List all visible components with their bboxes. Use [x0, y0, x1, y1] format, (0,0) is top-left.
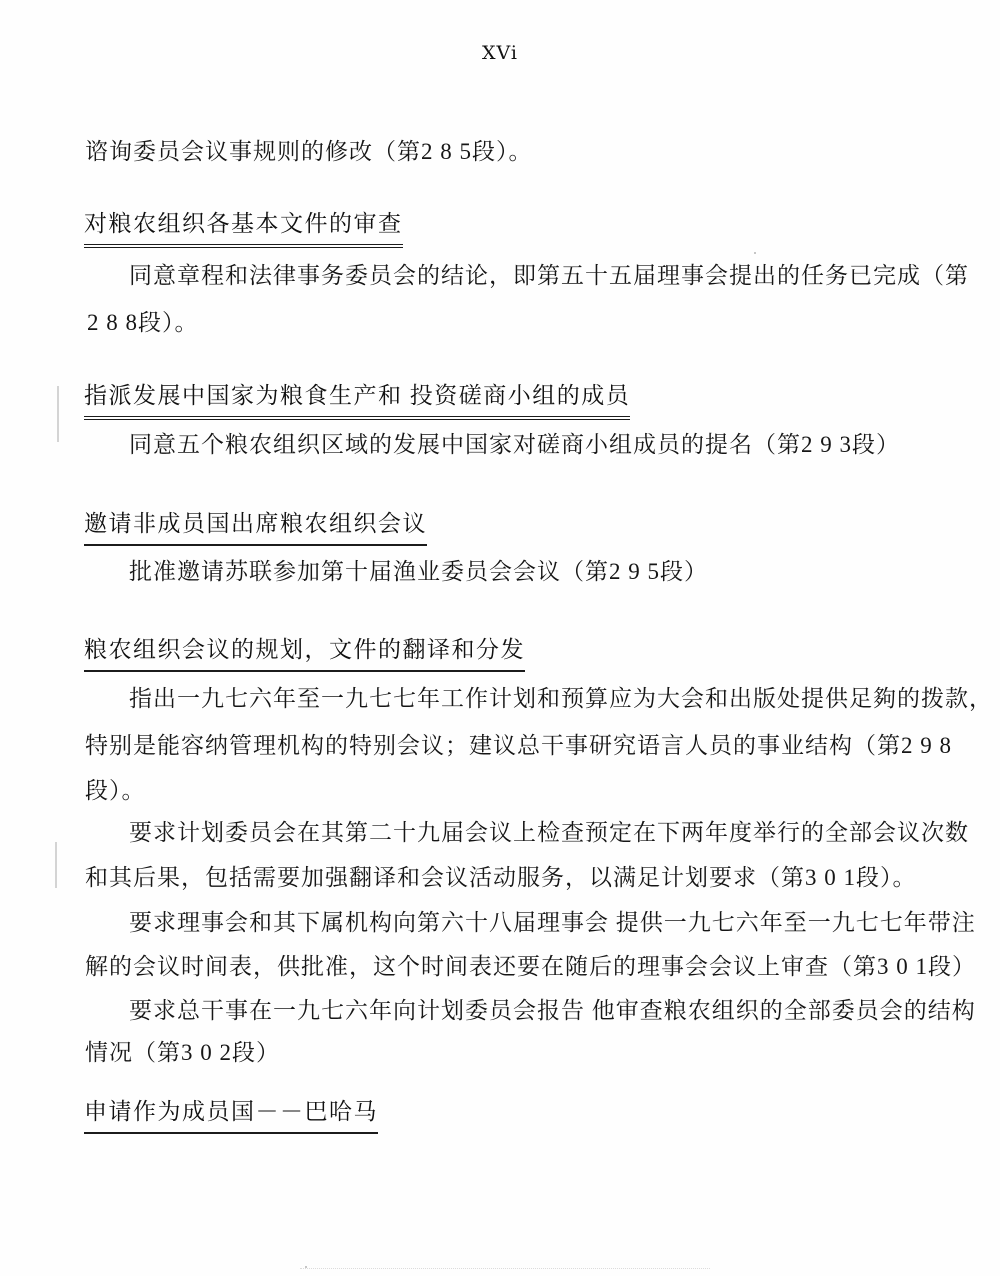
scan-artifact-dotted-line — [300, 1268, 710, 1269]
page-number: XVi — [0, 42, 1000, 64]
text-line: 要求总干事在一九七六年向计划委员会报告 他审查粮农组织的全部委员会的结构 — [129, 996, 976, 1026]
section-heading-text: 指派发展中国家为粮食生产和 投资磋商小组的成员 — [84, 381, 630, 420]
section-heading: 对粮农组织各基本文件的审查 — [84, 209, 403, 248]
scan-artifact-line — [57, 386, 59, 442]
section-heading: 邀请非成员国出席粮农组织会议 — [84, 509, 427, 546]
text-line: 同意五个粮农组织区域的发展中国家对磋商小组成员的提名（第2 9 3段） — [129, 430, 900, 460]
section-heading: 指派发展中国家为粮食生产和 投资磋商小组的成员 — [84, 381, 630, 420]
text-line: 解的会议时间表，供批准，这个时间表还要在随后的理事会会议上审查（第3 0 1段） — [85, 952, 976, 982]
text-line: 2 8 8段）。 — [87, 308, 199, 338]
section-heading-text: 邀请非成员国出席粮农组织会议 — [84, 509, 427, 546]
text-line: 段）。 — [85, 776, 146, 806]
text-line: 同意章程和法律事务委员会的结论，即第五十五届理事会提出的任务已完成（第 — [129, 261, 969, 291]
text-line: 特别是能容纳管理机构的特别会议；建议总干事研究语言人员的事业结构（第2 9 8 — [85, 731, 952, 761]
section-heading-text: 对粮农组织各基本文件的审查 — [84, 209, 403, 248]
scan-artifact-speck — [754, 252, 756, 254]
section-heading-text: 申请作为成员国－－巴哈马 — [84, 1097, 378, 1134]
section-heading: 粮农组织会议的规划，文件的翻译和分发 — [84, 635, 525, 672]
section-heading: 申请作为成员国－－巴哈马 — [84, 1097, 378, 1134]
text-line: 批准邀请苏联参加第十届渔业委员会会议（第2 9 5段） — [129, 557, 708, 587]
document-page: XVi 谘询委员会议事规则的修改（第2 8 5段）。 对粮农组织各基本文件的审查… — [0, 0, 1000, 1276]
text-line: 要求理事会和其下属机构向第六十八届理事会 提供一九七六年至一九七七年带注 — [129, 908, 976, 938]
section-heading-text: 粮农组织会议的规划，文件的翻译和分发 — [84, 635, 525, 672]
scan-artifact-line — [55, 842, 57, 888]
text-line: 指出一九七六年至一九七七年工作计划和预算应为大会和出版处提供足夠的拨款， — [129, 684, 993, 714]
text-line: 和其后果，包括需要加强翻译和会议活动服务，以满足计划要求（第3 0 1段）。 — [85, 863, 917, 893]
intro-paragraph: 谘询委员会议事规则的修改（第2 8 5段）。 — [85, 137, 533, 167]
text-line: 要求计划委员会在其第二十九届会议上检查预定在下两年度举行的全部会议次数 — [129, 818, 969, 848]
text-line: 情况（第3 0 2段） — [85, 1038, 280, 1068]
scan-artifact-speck — [305, 1266, 307, 1268]
